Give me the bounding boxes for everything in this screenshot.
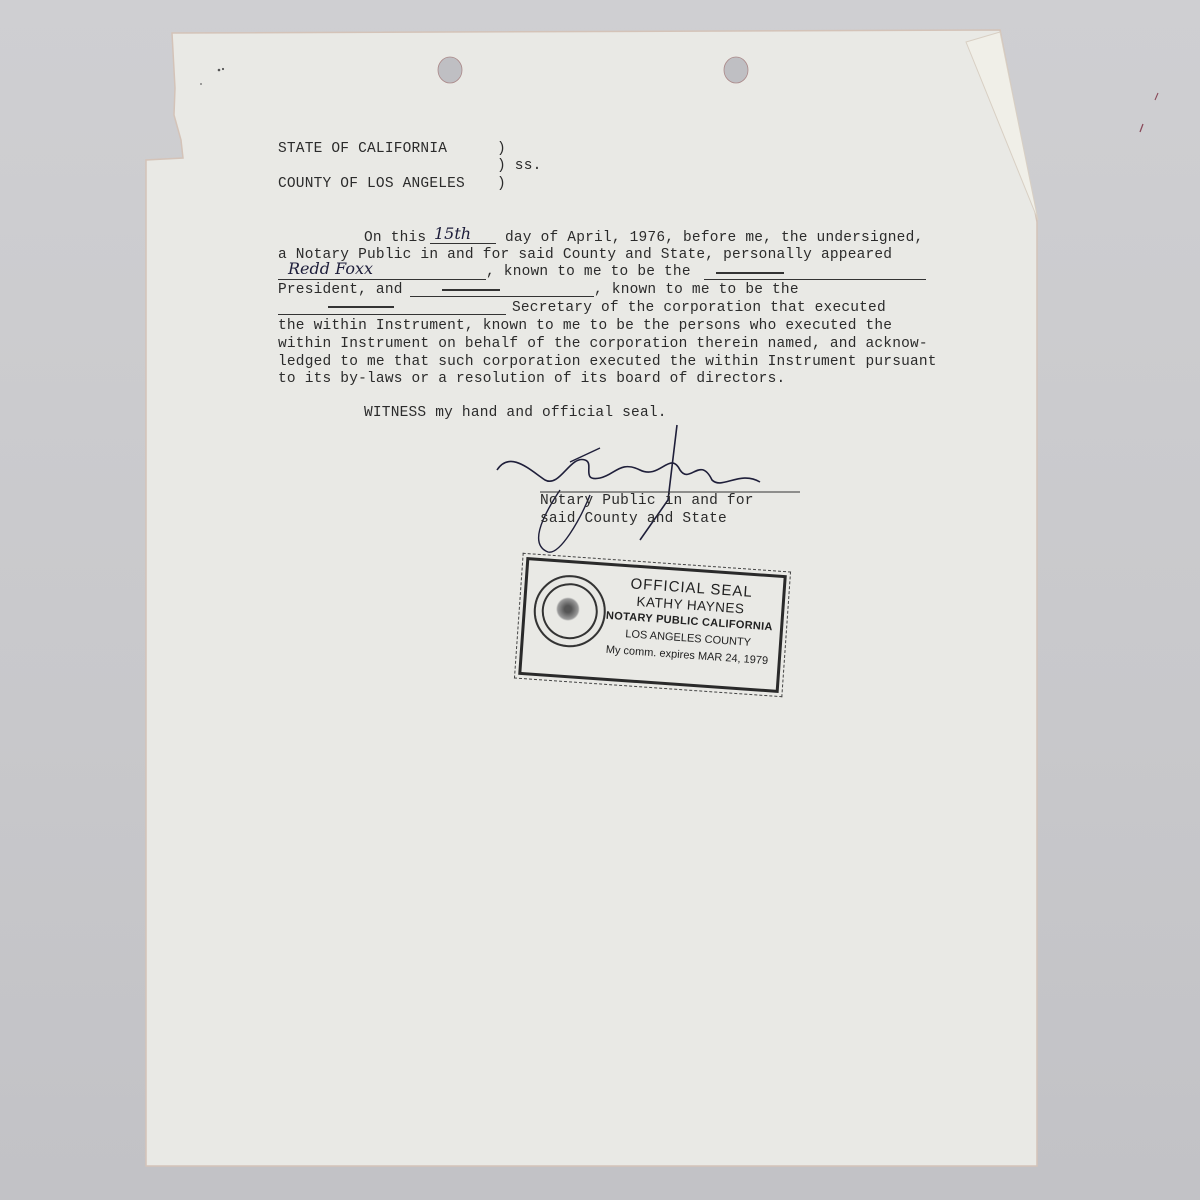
signature-caption-line2: said County and State — [540, 511, 727, 529]
great-seal-of-california-icon — [531, 573, 608, 650]
official-seal-stamp: OFFICIAL SEAL KATHY HAYNES NOTARY PUBLIC… — [518, 557, 787, 693]
signature-caption-line1: Notary Public in and for — [540, 493, 754, 511]
document-page: STATE OF CALIFORNIA ) ) ss. COUNTY OF LO… — [0, 0, 1200, 1200]
